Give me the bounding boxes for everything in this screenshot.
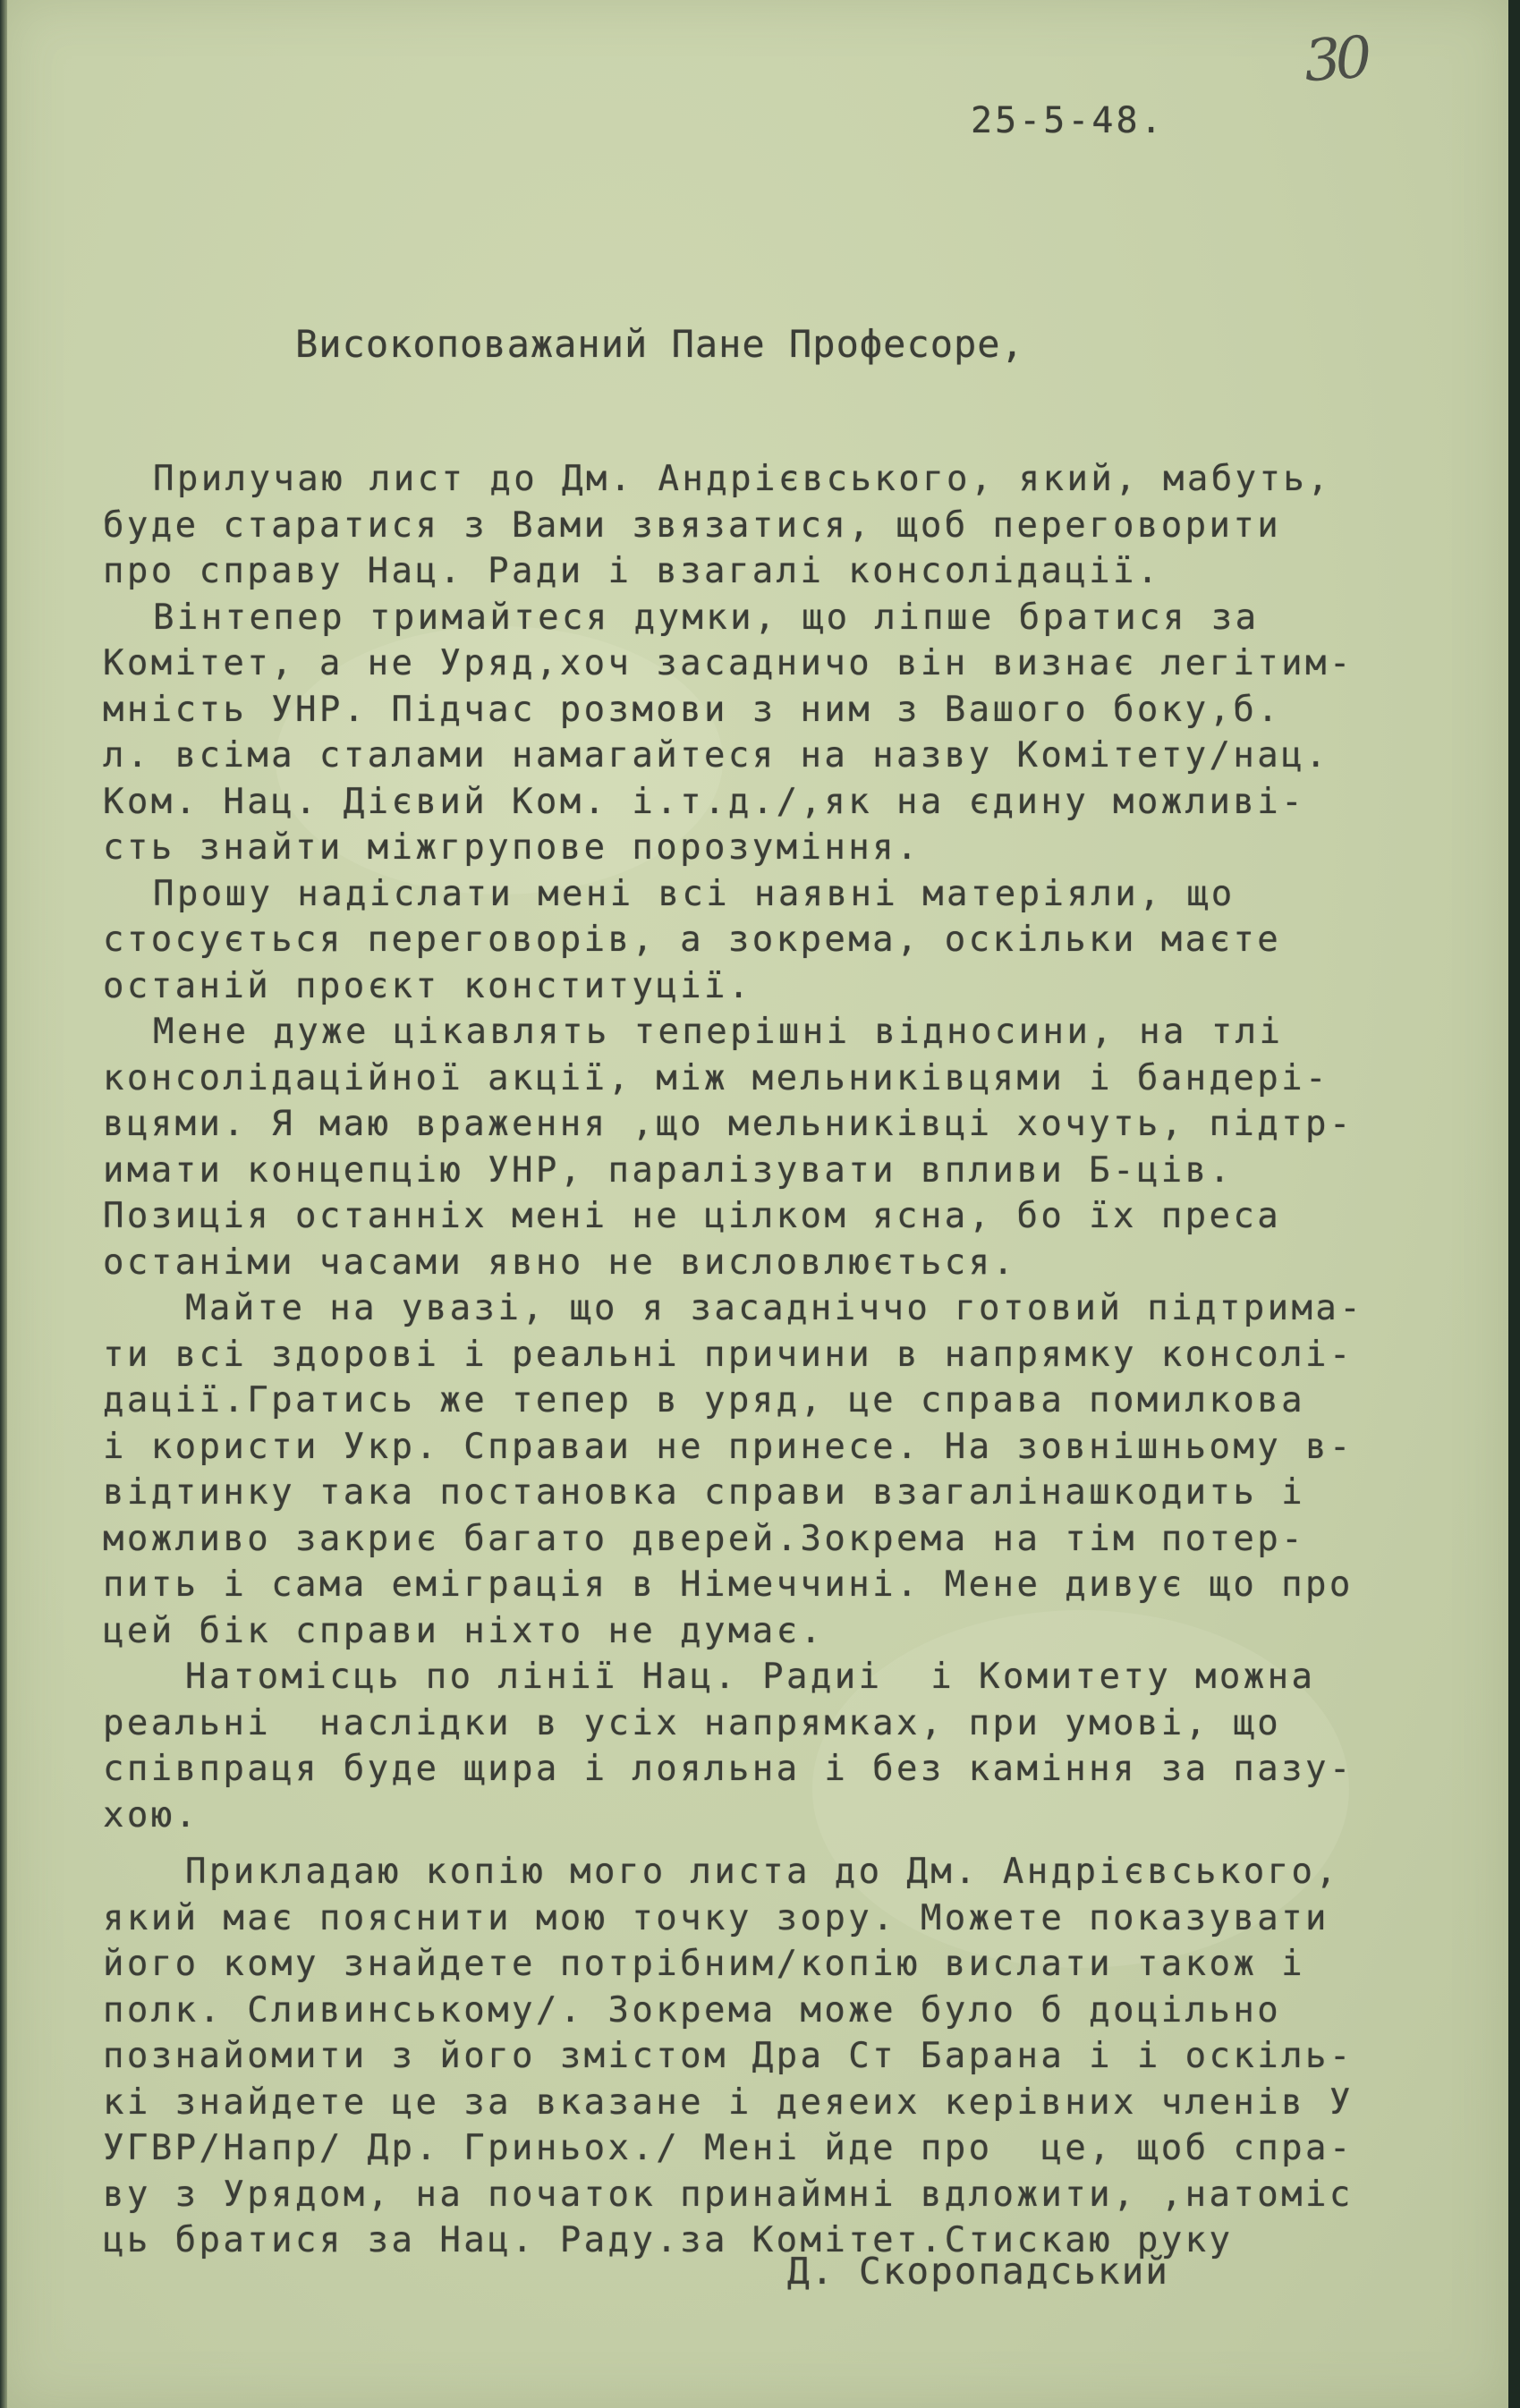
text-line: ву з Урядом, на початок принаймні вдложи…: [103, 2172, 1520, 2218]
text-line: ти всі здорові і реальні причини в напря…: [103, 1332, 1520, 1378]
text-line: Прикладаю копію мого листа до Дм. Андріє…: [103, 1849, 1520, 1895]
text-line: Майте на увазі, що я засадніччо готовий …: [103, 1285, 1520, 1332]
text-line: останій проєкт конституції.: [103, 963, 1520, 1010]
text-line: стосується переговорів, а зокрема, оскіл…: [103, 917, 1520, 963]
signature: Д. Скоропадський: [787, 2250, 1169, 2293]
text-line: Натомісць по лінії Нац. Радиі і Комитету…: [103, 1654, 1520, 1700]
text-line: пить і сама еміграція в Німеччині. Мене …: [103, 1562, 1520, 1608]
text-line: який має пояснити мою точку зору. Можете…: [103, 1895, 1520, 1942]
text-line: про справу Нац. Ради і взагалі консоліда…: [103, 548, 1520, 595]
text-line: сть знайти міжгрупове порозуміння.: [103, 825, 1520, 871]
text-line: Комітет, а не Уряд,хоч засадничо він виз…: [103, 640, 1520, 687]
text-line: буде старатися з Вами звязатися, щоб пер…: [103, 503, 1520, 549]
text-line: цей бік справи ніхто не думає.: [103, 1608, 1520, 1655]
text-line: Позиція останніх мені не цілком ясна, бо…: [103, 1193, 1520, 1240]
text-line: Прилучаю лист до Дм. Андрієвського, який…: [103, 456, 1520, 503]
text-line: і користи Укр. Справаи не принесе. На зо…: [103, 1424, 1520, 1471]
text-line: познайомити з його змістом Дра Ст Барана…: [103, 2033, 1520, 2080]
text-line: имати концепцію УНР, паралізувати впливи…: [103, 1148, 1520, 1194]
text-line: Ком. Нац. Дієвий Ком. і.т.д./,як на єдин…: [103, 779, 1520, 826]
scan-left-edge: [0, 0, 7, 2408]
text-line: Прошу надіслати мені всі наявні матеріял…: [103, 871, 1520, 918]
text-line: останіми часами явно не висловлюється.: [103, 1240, 1520, 1286]
text-line: кі знайдете це за вказане і деяеих керів…: [103, 2080, 1520, 2126]
text-line: вцями. Я маю враження ,що мельниківці хо…: [103, 1101, 1520, 1148]
text-line: його кому знайдете потрібним/копію висла…: [103, 1941, 1520, 1988]
archive-folio-number: 30: [1303, 25, 1369, 96]
letter-date: 25-5-48.: [971, 100, 1165, 141]
text-line: реальні наслідки в усіх напрямках, при у…: [103, 1700, 1520, 1747]
text-line: л. всіма сталами намагайтеся на назву Ко…: [103, 733, 1520, 779]
text-line: консолідаційної акції, між мельниківцями…: [103, 1056, 1520, 1102]
text-line: УГВР/Напр/ Др. Гриньох./ Мені йде про це…: [103, 2125, 1520, 2172]
text-line: співпраця буде щира і лояльна і без камі…: [103, 1746, 1520, 1793]
text-line: Мене дуже цікавлять теперішні відносини,…: [103, 1009, 1520, 1056]
text-line: хою.: [103, 1793, 1520, 1839]
text-line: можливо закриє багато дверей.Зокрема на …: [103, 1516, 1520, 1563]
letter-body: Прилучаю лист до Дм. Андрієвського, який…: [103, 456, 1520, 2264]
salutation: Високоповажаний Пане Професоре,: [295, 322, 1024, 366]
text-line: полк. Сливинському/. Зокрема може було б…: [103, 1988, 1520, 2034]
text-line: дації.Гратись же тепер в уряд, це справа…: [103, 1378, 1520, 1424]
text-line: Вінтепер тримайтеся думки, що ліпше брат…: [103, 595, 1520, 641]
text-line: мність УНР. Підчас розмови з ним з Вашог…: [103, 687, 1520, 733]
text-line: відтинку така постановка справи взагалін…: [103, 1470, 1520, 1516]
